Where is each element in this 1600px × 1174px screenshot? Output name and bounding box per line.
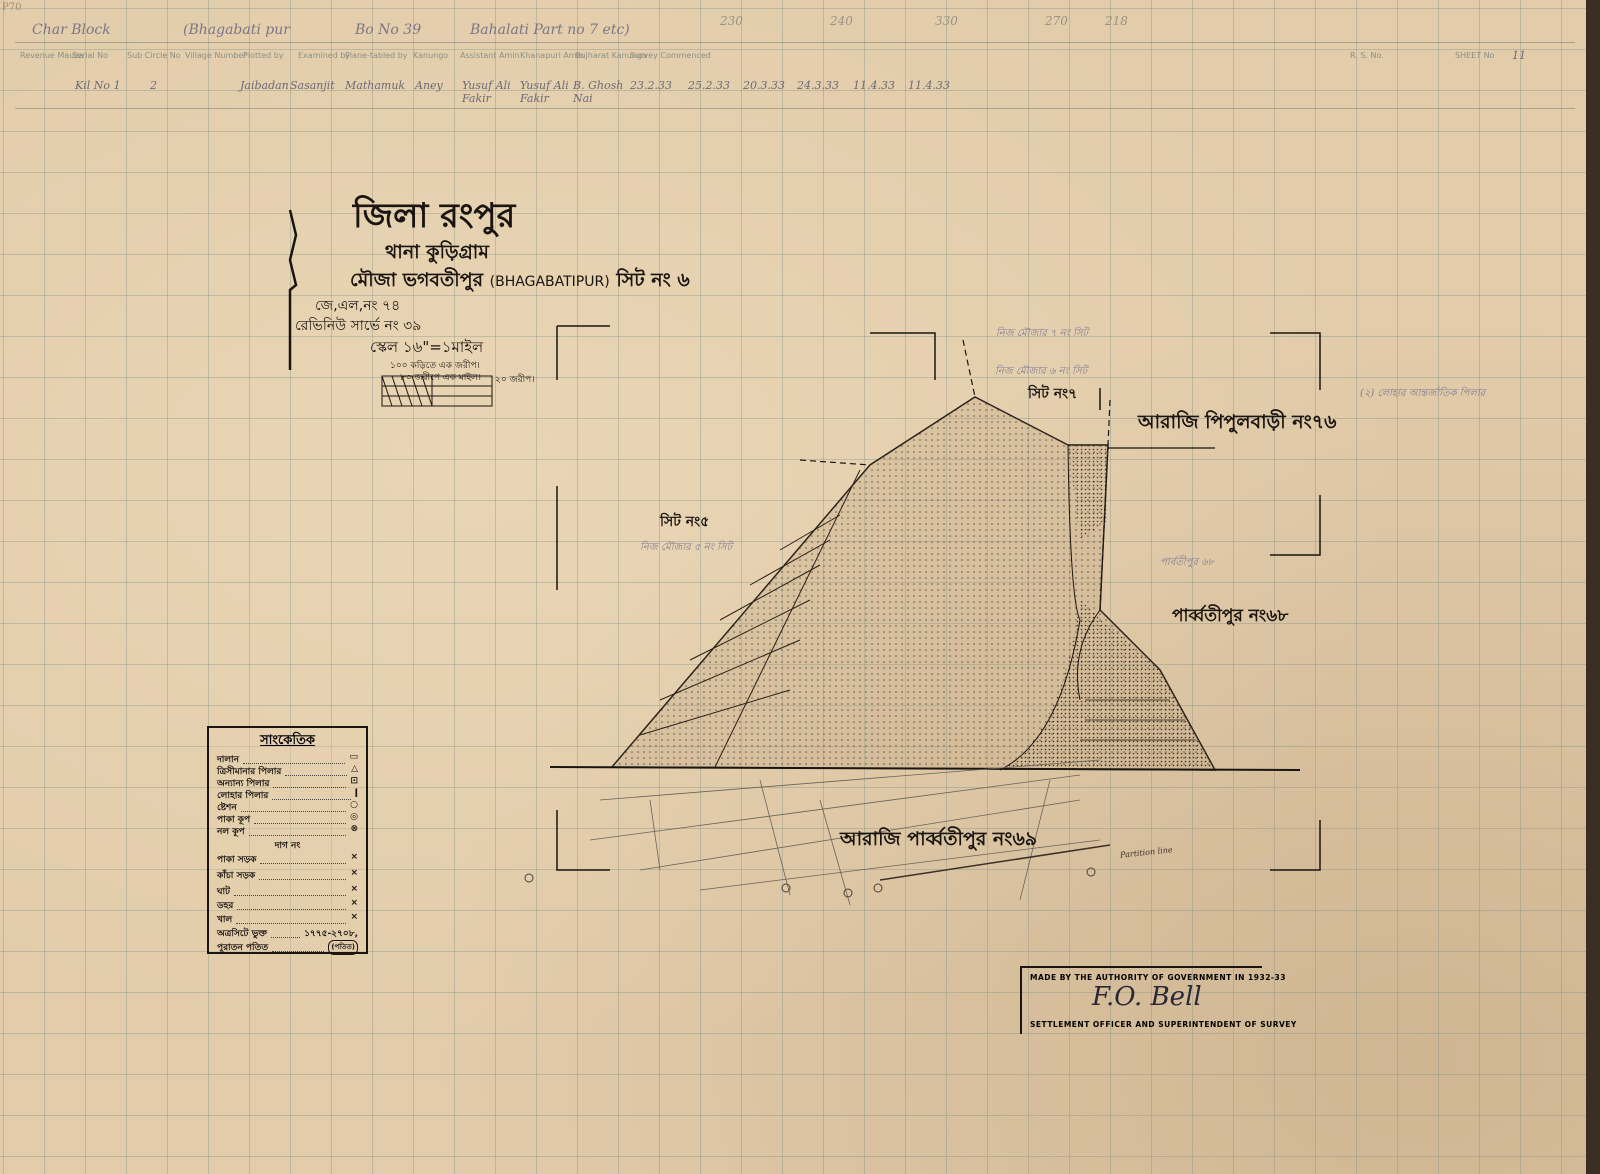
- legend-dag-header: দাগ নং: [217, 838, 358, 853]
- mauza-label: মৌজা ভগবতীপুর (BHAGABATIPUR) সিট নং ৬: [350, 266, 690, 298]
- pencil-top-sheet: নিজ মৌজার ৭ নং সিট: [996, 326, 1088, 343]
- legend-road: কাঁচা সড়ক×: [217, 868, 358, 883]
- legend-title: সাংকেতিক: [209, 731, 366, 752]
- road-cross-icon: ×: [350, 852, 358, 867]
- legend-item: নল কূপ⊗: [217, 824, 358, 839]
- label-pipulbari: আরাজি পিপুলবাড়ী নং৭৬: [1138, 408, 1337, 440]
- mauza-english: (BHAGABATIPUR): [490, 274, 610, 290]
- label-sheet-7: সিট নং৭: [1028, 382, 1077, 406]
- label-parbatipur-68: পার্ব্বতীপুর নং৬৮: [1172, 603, 1288, 631]
- legend-road: খাল×: [217, 912, 358, 927]
- ghat-cross-icon: ×: [350, 884, 358, 899]
- scale-note-2: ৮০ জরীপে এক মাইল।: [400, 370, 481, 385]
- authority-made-by: MADE BY THE AUTHORITY OF GOVERNMENT IN 1…: [1030, 973, 1286, 982]
- sheet-number: সিট নং ৬: [616, 269, 689, 291]
- pencil-right-list: (২) লোহার আন্তর্জাতিক পিলার: [1360, 386, 1485, 403]
- legend-road: ঘাট×: [217, 884, 358, 899]
- officer-signature: F.O. Bell: [1092, 982, 1202, 1012]
- label-parbatipur-69: আরাজি পার্ব্বতীপুর নং৬৯: [840, 825, 1037, 857]
- legend-road: ডহর×: [217, 898, 358, 913]
- scale-bar-end: ২০ জরীপ।: [495, 372, 534, 387]
- legend-footer: পুরাতন পতিত(পতিত): [217, 940, 358, 955]
- pencil-sheet-5: নিজ মৌজার ৫ নং সিট: [640, 540, 732, 557]
- road-cross-icon: ×: [350, 868, 358, 883]
- pencil-right: পার্বতীপুর ৬৮: [1160, 555, 1214, 572]
- legend-road: পাকা সড়ক×: [217, 852, 358, 867]
- canal-cross-icon: ×: [350, 912, 358, 927]
- map-sheet: P70 Char Block (Bhagabati pur Bo No 39 B…: [0, 0, 1586, 1174]
- dahar-cross-icon: ×: [350, 898, 358, 913]
- cadastral-map-drawing: [0, 0, 1586, 1174]
- pencil-mid-sheet: নিজ মৌজার ৬ নং সিট: [995, 364, 1087, 381]
- revenue-survey-number: রেভিনিউ সার্ভে নং ৩৯: [295, 314, 421, 338]
- label-sheet-5: সিট নং৫: [660, 510, 709, 534]
- authority-block: MADE BY THE AUTHORITY OF GOVERNMENT IN 1…: [1020, 966, 1262, 1034]
- authority-officer: SETTLEMENT OFFICER AND SUPERINTENDENT OF…: [1030, 1020, 1297, 1029]
- legend-footer: অত্রসিটে ভুক্ত১৭৭৫-২৭০৮,: [217, 926, 358, 941]
- mauza-name: মৌজা ভগবতীপুর: [350, 269, 483, 291]
- fallow-icon: (পতিত): [328, 940, 358, 955]
- tube-well-icon: ⊗: [350, 824, 358, 839]
- legend-box: সাংকেতিক দালান▭ ত্রিসীমানার পিলার△ অন্যা…: [207, 726, 368, 954]
